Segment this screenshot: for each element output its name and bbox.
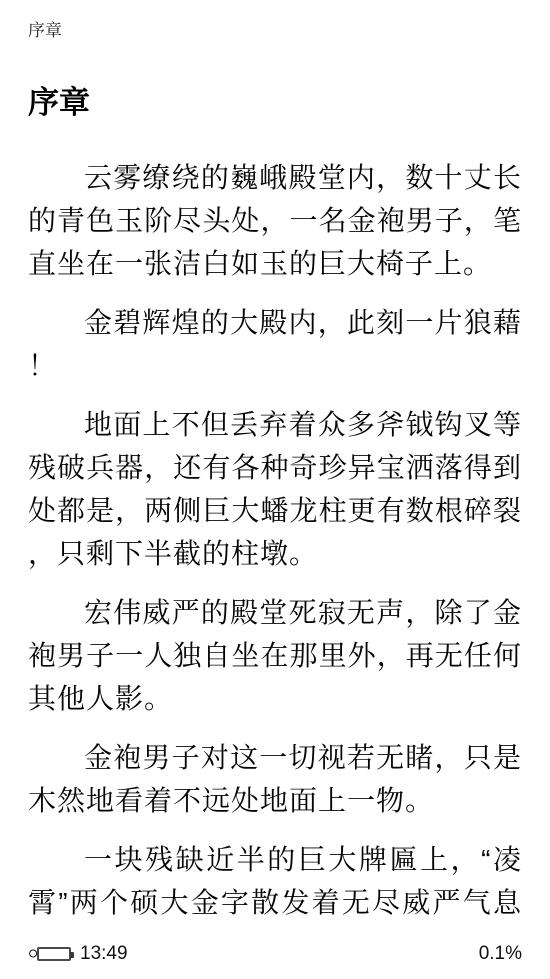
chapter-header: 序章 [28, 20, 62, 42]
paragraph: 云雾缭绕的巍峨殿堂内，数十丈长的青色玉阶尽头处，一名金袍男子，笔直坐在一张洁白如… [28, 156, 522, 285]
status-left: 13:49 [37, 943, 128, 965]
chapter-title: 序章 [28, 84, 90, 122]
reader-page[interactable]: 序章 序章 云雾缭绕的巍峨殿堂内，数十丈长的青色玉阶尽头处，一名金袍男子，笔直坐… [0, 0, 550, 979]
battery-icon [37, 947, 71, 961]
chapter-body: 云雾缭绕的巍峨殿堂内，数十丈长的青色玉阶尽头处，一名金袍男子，笔直坐在一张洁白如… [28, 156, 522, 979]
status-bar: 13:49 0.1% [0, 941, 550, 967]
reading-progress: 0.1% [479, 943, 522, 965]
paragraph: 宏伟威严的殿堂死寂无声，除了金袍男子一人独自坐在那里外，再无任何其他人影。 [28, 591, 522, 720]
paragraph: 金袍男子对这一切视若无睹，只是木然地看着不远处地面上一物。 [28, 736, 522, 822]
paragraph: 金碧辉煌的大殿内，此刻一片狼藉！ [28, 301, 522, 387]
battery-nub [70, 952, 74, 958]
clock-time: 13:49 [80, 943, 128, 965]
paragraph: 地面上不但丢弃着众多斧钺钩叉等残破兵器，还有各种奇珍异宝洒落得到处都是，两侧巨大… [28, 403, 522, 575]
